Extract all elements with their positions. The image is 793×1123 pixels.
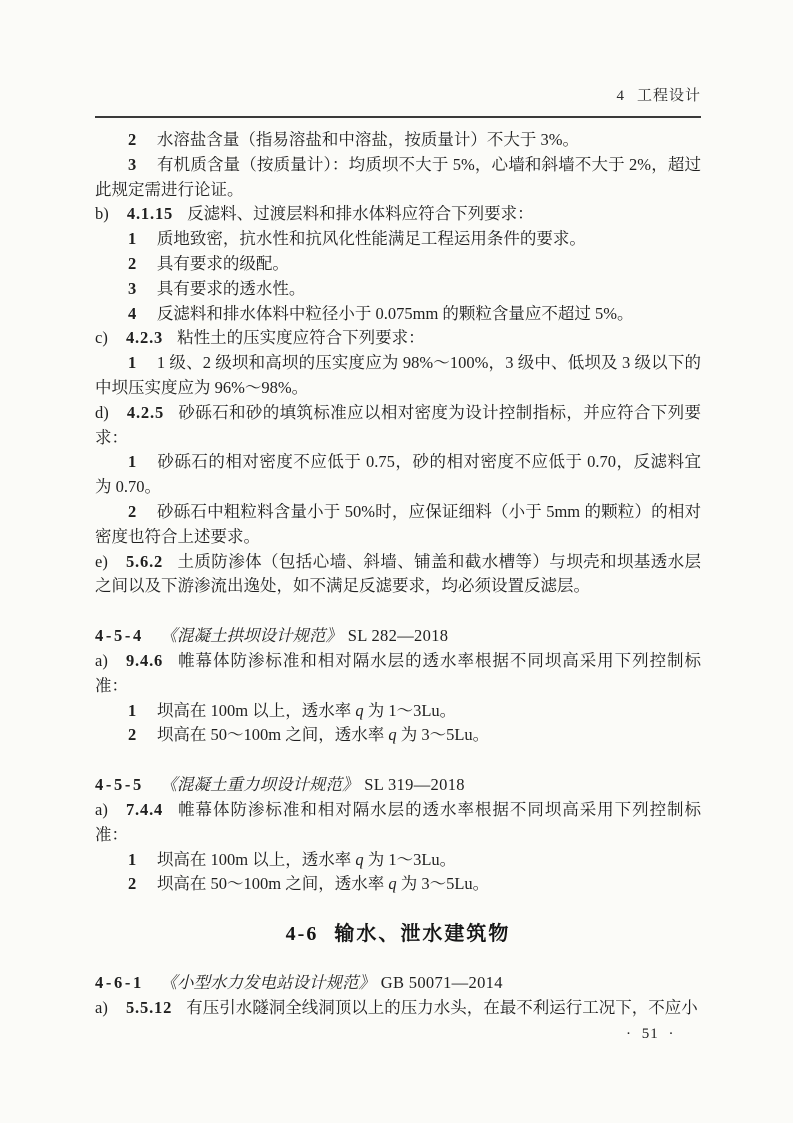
clause-text: 砂砾石和砂的填筑标准应以相对密度为设计控制指标，并应符合下列要求：: [95, 403, 701, 447]
text-area: 4 工程设计 2水溶盐含量（指易溶盐和中溶盐，按质量计）不大于 3%。3有机质含…: [95, 84, 701, 1021]
clause-number: 9.4.6: [126, 651, 163, 670]
clause-letter: b): [95, 204, 109, 223]
clause-letter: a): [95, 800, 108, 819]
variable-symbol: q: [388, 874, 396, 893]
list-item-text: 水溶盐含量（指易溶盐和中溶盐，按质量计）不大于 3%。: [157, 130, 579, 149]
list-item-paragraph: 1坝高在 100m 以上，透水率 q 为 1～3Lu。: [95, 848, 701, 873]
list-item-text: 坝高在 100m 以上，透水率: [157, 850, 355, 869]
list-item-number: 1: [128, 229, 136, 248]
list-item-text: 砂砾石的相对密度不应低于 0.75，砂的相对密度不应低于 0.70，反滤料宜为 …: [95, 452, 701, 496]
variable-symbol: q: [388, 725, 396, 744]
list-item-number: 4: [128, 304, 136, 323]
spec-id: 4-6-1: [95, 973, 144, 992]
clause-number: 7.4.4: [126, 800, 163, 819]
list-item-paragraph: 1坝高在 100m 以上，透水率 q 为 1～3Lu。: [95, 699, 701, 724]
list-item-number: 2: [128, 254, 136, 273]
clause-text: 粘性土的压实度应符合下列要求：: [177, 328, 425, 347]
list-item-text: 坝高在 50～100m 之间，透水率: [157, 874, 388, 893]
list-item-text: 坝高在 50～100m 之间，透水率: [157, 725, 388, 744]
spec-title-row: 4-5-4《混凝土拱坝设计规范》SL 282—2018: [95, 624, 701, 649]
list-item-number: 2: [128, 725, 136, 744]
document-page: 4 工程设计 2水溶盐含量（指易溶盐和中溶盐，按质量计）不大于 3%。3有机质含…: [0, 0, 793, 1123]
clause-letter: c): [95, 328, 108, 347]
running-header: 4 工程设计: [95, 84, 701, 116]
content: 2水溶盐含量（指易溶盐和中溶盐，按质量计）不大于 3%。3有机质含量（按质量计）…: [95, 128, 701, 1021]
list-item-number: 3: [128, 279, 136, 298]
list-item-paragraph: 3有机质含量（按质量计）：均质坝不大于 5%，心墙和斜墙不大于 2%，超过此规定…: [95, 153, 701, 203]
spec-code: SL 319—2018: [364, 775, 465, 794]
variable-symbol: q: [355, 850, 363, 869]
list-item-paragraph: 11 级、2 级坝和高坝的压实度应为 98%～100%，3 级中、低坝及 3 级…: [95, 351, 701, 401]
section-title: 输水、泄水建筑物: [334, 923, 510, 945]
spec-code: GB 50071—2014: [381, 973, 503, 992]
spec-title-row: 4-6-1《小型水力发电站设计规范》GB 50071—2014: [95, 971, 701, 996]
chapter-number: 4: [616, 88, 624, 105]
clause-number: 5.5.12: [126, 998, 172, 1017]
list-item-number: 2: [128, 130, 136, 149]
spec-book-title: 《小型水力发电站设计规范》: [160, 973, 375, 992]
list-item-number: 3: [128, 155, 136, 174]
section-number: 4-6: [286, 923, 319, 945]
list-item-text: 有机质含量（按质量计）：均质坝不大于 5%，心墙和斜墙不大于 2%，超过此规定需…: [95, 155, 701, 199]
list-item-number: 2: [128, 874, 136, 893]
list-item-number: 1: [128, 452, 136, 471]
list-item-text: 坝高在 100m 以上，透水率: [157, 701, 355, 720]
spec-title-row: 4-5-5《混凝土重力坝设计规范》SL 319—2018: [95, 773, 701, 798]
list-item-text: 具有要求的透水性。: [157, 279, 306, 298]
list-item-text: 1 级、2 级坝和高坝的压实度应为 98%～100%，3 级中、低坝及 3 级以…: [95, 353, 701, 397]
spec-code: SL 282—2018: [348, 626, 449, 645]
clause-paragraph: c)4.2.3粘性土的压实度应符合下列要求：: [95, 326, 701, 351]
clause-number: 4.1.15: [127, 204, 173, 223]
clause-letter: d): [95, 403, 109, 422]
list-item-paragraph: 2具有要求的级配。: [95, 252, 701, 277]
clause-text: 土质防渗体（包括心墙、斜墙、铺盖和截水槽等）与坝壳和坝基透水层之间以及下游渗流出…: [95, 552, 701, 596]
list-item-paragraph: 2水溶盐含量（指易溶盐和中溶盐，按质量计）不大于 3%。: [95, 128, 701, 153]
clause-number: 4.2.5: [127, 403, 164, 422]
spec-book-title: 《混凝土拱坝设计规范》: [160, 626, 342, 645]
spec-book-title: 《混凝土重力坝设计规范》: [160, 775, 358, 794]
section-heading: 4-6输水、泄水建筑物: [95, 917, 701, 946]
spec-id: 4-5-4: [95, 626, 144, 645]
page-number: · 51 ·: [626, 1026, 675, 1043]
clause-number: 4.2.3: [126, 328, 163, 347]
list-item-text: 质地致密，抗水性和抗风化性能满足工程运用条件的要求。: [157, 229, 586, 248]
list-item-text: 为 1～3Lu。: [364, 701, 457, 720]
variable-symbol: q: [355, 701, 363, 720]
clause-letter: e): [95, 552, 108, 571]
clause-paragraph: a)7.4.4帷幕体防渗标准和相对隔水层的透水率根据不同坝高采用下列控制标准：: [95, 798, 701, 848]
clause-number: 5.6.2: [126, 552, 163, 571]
spec-id: 4-5-5: [95, 775, 144, 794]
list-item-paragraph: 3具有要求的透水性。: [95, 277, 701, 302]
list-item-paragraph: 1砂砾石的相对密度不应低于 0.75，砂的相对密度不应低于 0.70，反滤料宜为…: [95, 450, 701, 500]
clause-text: 帷幕体防渗标准和相对隔水层的透水率根据不同坝高采用下列控制标准：: [95, 651, 701, 695]
clause-paragraph: a)9.4.6帷幕体防渗标准和相对隔水层的透水率根据不同坝高采用下列控制标准：: [95, 649, 701, 699]
clause-paragraph: a)5.5.12有压引水隧洞全线洞顶以上的压力水头，在最不利运行工况下，不应小: [95, 996, 701, 1021]
list-item-number: 1: [128, 353, 136, 372]
list-item-text: 为 3～5Lu。: [397, 874, 490, 893]
list-item-paragraph: 2坝高在 50～100m 之间，透水率 q 为 3～5Lu。: [95, 723, 701, 748]
list-item-text: 具有要求的级配。: [157, 254, 289, 273]
clause-text: 帷幕体防渗标准和相对隔水层的透水率根据不同坝高采用下列控制标准：: [95, 800, 701, 844]
list-item-number: 2: [128, 502, 136, 521]
list-item-paragraph: 4反滤料和排水体料中粒径小于 0.075mm 的颗粒含量应不超过 5%。: [95, 302, 701, 327]
clause-paragraph: e)5.6.2土质防渗体（包括心墙、斜墙、铺盖和截水槽等）与坝壳和坝基透水层之间…: [95, 550, 701, 600]
clause-letter: a): [95, 651, 108, 670]
clause-paragraph: b)4.1.15反滤料、过渡层料和排水体料应符合下列要求：: [95, 202, 701, 227]
list-item-number: 1: [128, 701, 136, 720]
list-item-number: 1: [128, 850, 136, 869]
clause-text: 有压引水隧洞全线洞顶以上的压力水头，在最不利运行工况下，不应小: [186, 998, 698, 1017]
list-item-paragraph: 2坝高在 50～100m 之间，透水率 q 为 3～5Lu。: [95, 872, 701, 897]
list-item-text: 为 1～3Lu。: [364, 850, 457, 869]
list-item-paragraph: 1质地致密，抗水性和抗风化性能满足工程运用条件的要求。: [95, 227, 701, 252]
clause-letter: a): [95, 998, 108, 1017]
clause-text: 反滤料、过渡层料和排水体料应符合下列要求：: [187, 204, 534, 223]
list-item-text: 为 3～5Lu。: [397, 725, 490, 744]
list-item-paragraph: 2砂砾石中粗粒料含量小于 50%时，应保证细料（小于 5mm 的颗粒）的相对密度…: [95, 500, 701, 550]
header-rule: [95, 116, 701, 118]
list-item-text: 砂砾石中粗粒料含量小于 50%时，应保证细料（小于 5mm 的颗粒）的相对密度也…: [95, 502, 701, 546]
chapter-title: 工程设计: [637, 84, 701, 105]
list-item-text: 反滤料和排水体料中粒径小于 0.075mm 的颗粒含量应不超过 5%。: [157, 304, 634, 323]
clause-paragraph: d)4.2.5砂砾石和砂的填筑标准应以相对密度为设计控制指标，并应符合下列要求：: [95, 401, 701, 451]
